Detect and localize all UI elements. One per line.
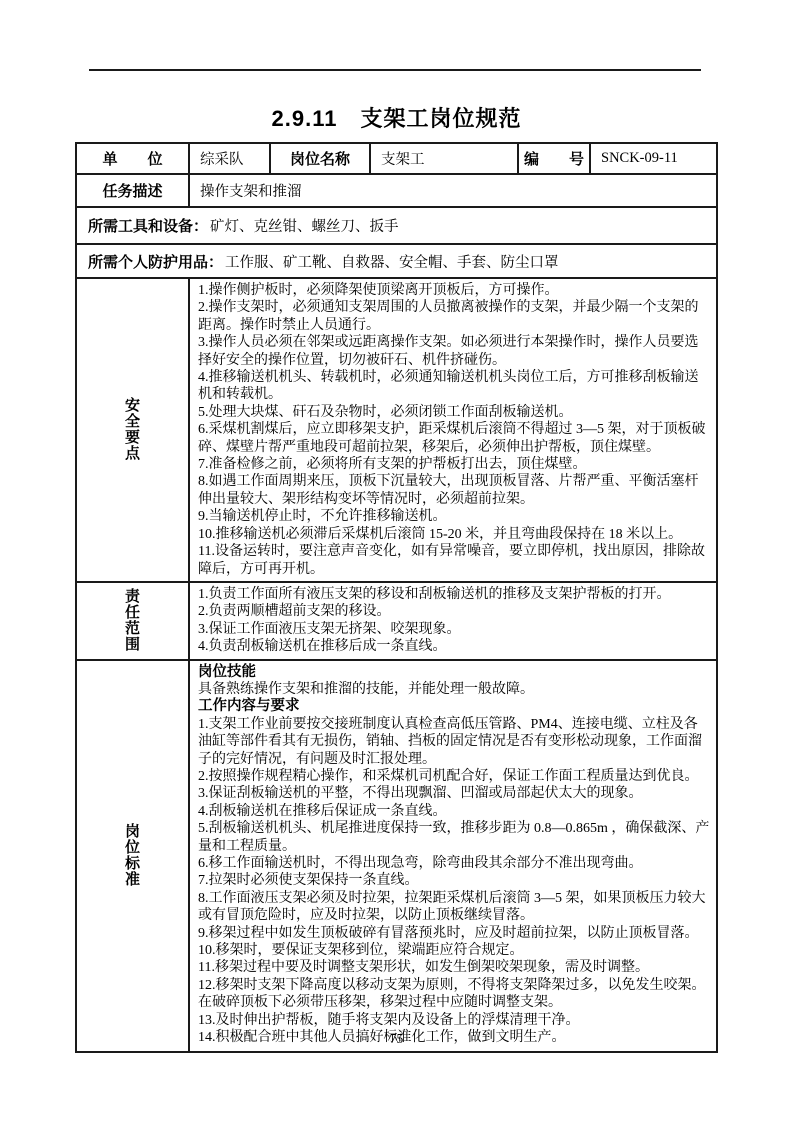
skill-text: 具备熟练操作支架和推溜的技能，并能处理一般故障。 (198, 681, 710, 698)
skill-heading: 岗位技能 (198, 664, 710, 681)
header-rule (89, 69, 701, 71)
list-item: 1.负责工作面所有液压支架的移设和刮板输送机的推移及支架护帮板的打开。 (198, 586, 710, 603)
list-item: 4.刮板输送机在推移后保证成一条直线。 (198, 803, 710, 820)
list-item: 7.准备检修之前，必须将所有支架的护帮板打出去，顶住煤壁。 (198, 456, 710, 473)
list-item: 6.移工作面输送机时，不得出现急弯，除弯曲段其余部分不准出现弯曲。 (198, 855, 710, 872)
vertical-label-char: 安 (125, 398, 140, 414)
vertical-label-char: 位 (125, 840, 140, 856)
list-item: 9.移架过程中如发生顶板破碎有冒落预兆时，应及时超前拉架，以防止顶板冒落。 (198, 925, 710, 942)
list-item: 3.保证工作面液压支架无挤架、咬架现象。 (198, 621, 710, 638)
tools-cell: 所需工具和设备： 矿灯、克丝钳、螺丝刀、扳手 (77, 208, 716, 243)
work-content-heading: 工作内容与要求 (198, 698, 710, 715)
list-item: 9.当输送机停止时，不允许推移输送机。 (198, 508, 710, 525)
responsibility-scope-content: 1.负责工作面所有液压支架的移设和刮板输送机的推移及支架护帮板的打开。2.负责两… (190, 583, 716, 659)
document-page: 2.9.11 支架工岗位规范 单 位 综采队 岗位名称 支架工 编 号 SNCK… (0, 0, 793, 1122)
tools-label: 所需工具和设备： (88, 215, 208, 236)
ppe-value: 工作服、矿工靴、自救器、安全帽、手套、防尘口罩 (225, 251, 559, 272)
vertical-label-char: 点 (125, 446, 140, 462)
vertical-label-char: 标 (125, 856, 140, 872)
ppe-label: 所需个人防护用品： (88, 251, 223, 272)
vertical-label-char: 全 (125, 414, 140, 430)
task-description-value: 操作支架和推溜 (190, 175, 716, 206)
work-content-items: 1.支架工作业前要按交接班制度认真检查高低压管路、PM4、连接电缆、立柱及各油缸… (198, 716, 710, 1047)
tools-value: 矿灯、克丝钳、螺丝刀、扳手 (210, 215, 399, 236)
list-item: 13.及时伸出护帮板，随手将支架内及设备上的浮煤清理干净。 (198, 1012, 710, 1029)
responsibility-scope-label: 责任范围 (77, 583, 190, 659)
list-item: 3.保证刮板输送机的平整，不得出现飘溜、凹溜或局部起伏太大的现象。 (198, 785, 710, 802)
list-item: 11.移架过程中要及时调整支架形状，如发生倒架咬架现象，需及时调整。 (198, 959, 710, 976)
number-label: 编 号 (519, 144, 591, 173)
list-item: 8.如遇工作面周期来压，顶板下沉量较大，出现顶板冒落、片帮严重、平衡活塞杆伸出量… (198, 473, 710, 508)
table-row-task-description: 任务描述 操作支架和推溜 (77, 175, 716, 208)
safety-points-content: 1.操作侧护板时，必须降架使顶梁离开顶板后，方可操作。2.操作支架时，必须通知支… (190, 279, 716, 581)
position-spec-table: 单 位 综采队 岗位名称 支架工 编 号 SNCK-09-11 任务描述 操作支… (75, 142, 718, 1053)
list-item: 2.负责两顺槽超前支架的移设。 (198, 603, 710, 620)
vertical-label-char: 范 (125, 621, 140, 637)
list-item: 7.拉架时必须使支架保持一条直线。 (198, 872, 710, 889)
position-standard-label: 岗位标准 (77, 661, 190, 1051)
unit-label: 单 位 (77, 144, 190, 173)
unit-value: 综采队 (190, 144, 271, 173)
list-item: 2.按照操作规程精心操作，和采煤机司机配合好，保证工作面工程质量达到优良。 (198, 768, 710, 785)
list-item: 2.操作支架时，必须通知支架周围的人员撤离被操作的支架，并最少隔一个支架的距离。… (198, 299, 710, 334)
vertical-label-char: 要 (125, 430, 140, 446)
table-row-position-standard: 岗位标准 岗位技能 具备熟练操作支架和推溜的技能，并能处理一般故障。 工作内容与… (77, 661, 716, 1051)
position-name-value: 支架工 (371, 144, 519, 173)
list-item: 4.推移输送机机头、转载机时，必须通知输送机机头岗位工后，方可推移刮板输送机和转… (198, 369, 710, 404)
table-row-unit-position-number: 单 位 综采队 岗位名称 支架工 编 号 SNCK-09-11 (77, 144, 716, 175)
list-item: 1.操作侧护板时，必须降架使顶梁离开顶板后，方可操作。 (198, 282, 710, 299)
list-item: 5.刮板输送机机头、机尾推进度保持一致，推移步距为 0.8—0.865m ，确保… (198, 820, 710, 855)
list-item: 1.支架工作业前要按交接班制度认真检查高低压管路、PM4、连接电缆、立柱及各油缸… (198, 716, 710, 768)
task-description-label: 任务描述 (77, 175, 190, 206)
page-number: 75 (0, 1031, 793, 1047)
table-row-responsibility-scope: 责任范围 1.负责工作面所有液压支架的移设和刮板输送机的推移及支架护帮板的打开。… (77, 583, 716, 661)
safety-points-label: 安全要点 (77, 279, 190, 581)
number-value: SNCK-09-11 (591, 144, 716, 173)
position-name-label: 岗位名称 (271, 144, 371, 173)
list-item: 4.负责刮板输送机在推移后成一条直线。 (198, 638, 710, 655)
table-row-tools: 所需工具和设备： 矿灯、克丝钳、螺丝刀、扳手 (77, 208, 716, 245)
list-item: 8.工作面液压支架必须及时拉架，拉架距采煤机后滚筒 3—5 架，如果顶板压力较大… (198, 890, 710, 925)
table-row-safety-points: 安全要点 1.操作侧护板时，必须降架使顶梁离开顶板后，方可操作。2.操作支架时，… (77, 279, 716, 583)
table-row-ppe: 所需个人防护用品： 工作服、矿工靴、自救器、安全帽、手套、防尘口罩 (77, 245, 716, 279)
ppe-cell: 所需个人防护用品： 工作服、矿工靴、自救器、安全帽、手套、防尘口罩 (77, 245, 716, 277)
list-item: 6.采煤机割煤后，应立即移架支护，距采煤机后滚筒不得超过 3—5 架，对于顶板破… (198, 421, 710, 456)
vertical-label-char: 任 (125, 605, 140, 621)
list-item: 5.处理大块煤、矸石及杂物时，必须闭锁工作面刮板输送机。 (198, 404, 710, 421)
list-item: 11.设备运转时，要注意声音变化，如有异常噪音，要立即停机，找出原因，排除故障后… (198, 543, 710, 578)
list-item: 10.推移输送机必须滞后采煤机后滚筒 15-20 米，并且弯曲段保持在 18 米… (198, 526, 710, 543)
vertical-label-char: 岗 (125, 824, 140, 840)
list-item: 3.操作人员必须在邻架或远距离操作支架。如必须进行本架操作时，操作人员要选择好安… (198, 334, 710, 369)
vertical-label-char: 围 (125, 637, 140, 653)
position-standard-content: 岗位技能 具备熟练操作支架和推溜的技能，并能处理一般故障。 工作内容与要求 1.… (190, 661, 716, 1051)
list-item: 10.移架时，要保证支架移到位，梁端距应符合规定。 (198, 942, 710, 959)
vertical-label-char: 责 (125, 589, 140, 605)
page-title: 2.9.11 支架工岗位规范 (0, 102, 793, 133)
vertical-label-char: 准 (125, 872, 140, 888)
list-item: 12.移架时支架下降高度以移动支架为原则，不得将支架降架过多，以免发生咬架。在破… (198, 977, 710, 1012)
